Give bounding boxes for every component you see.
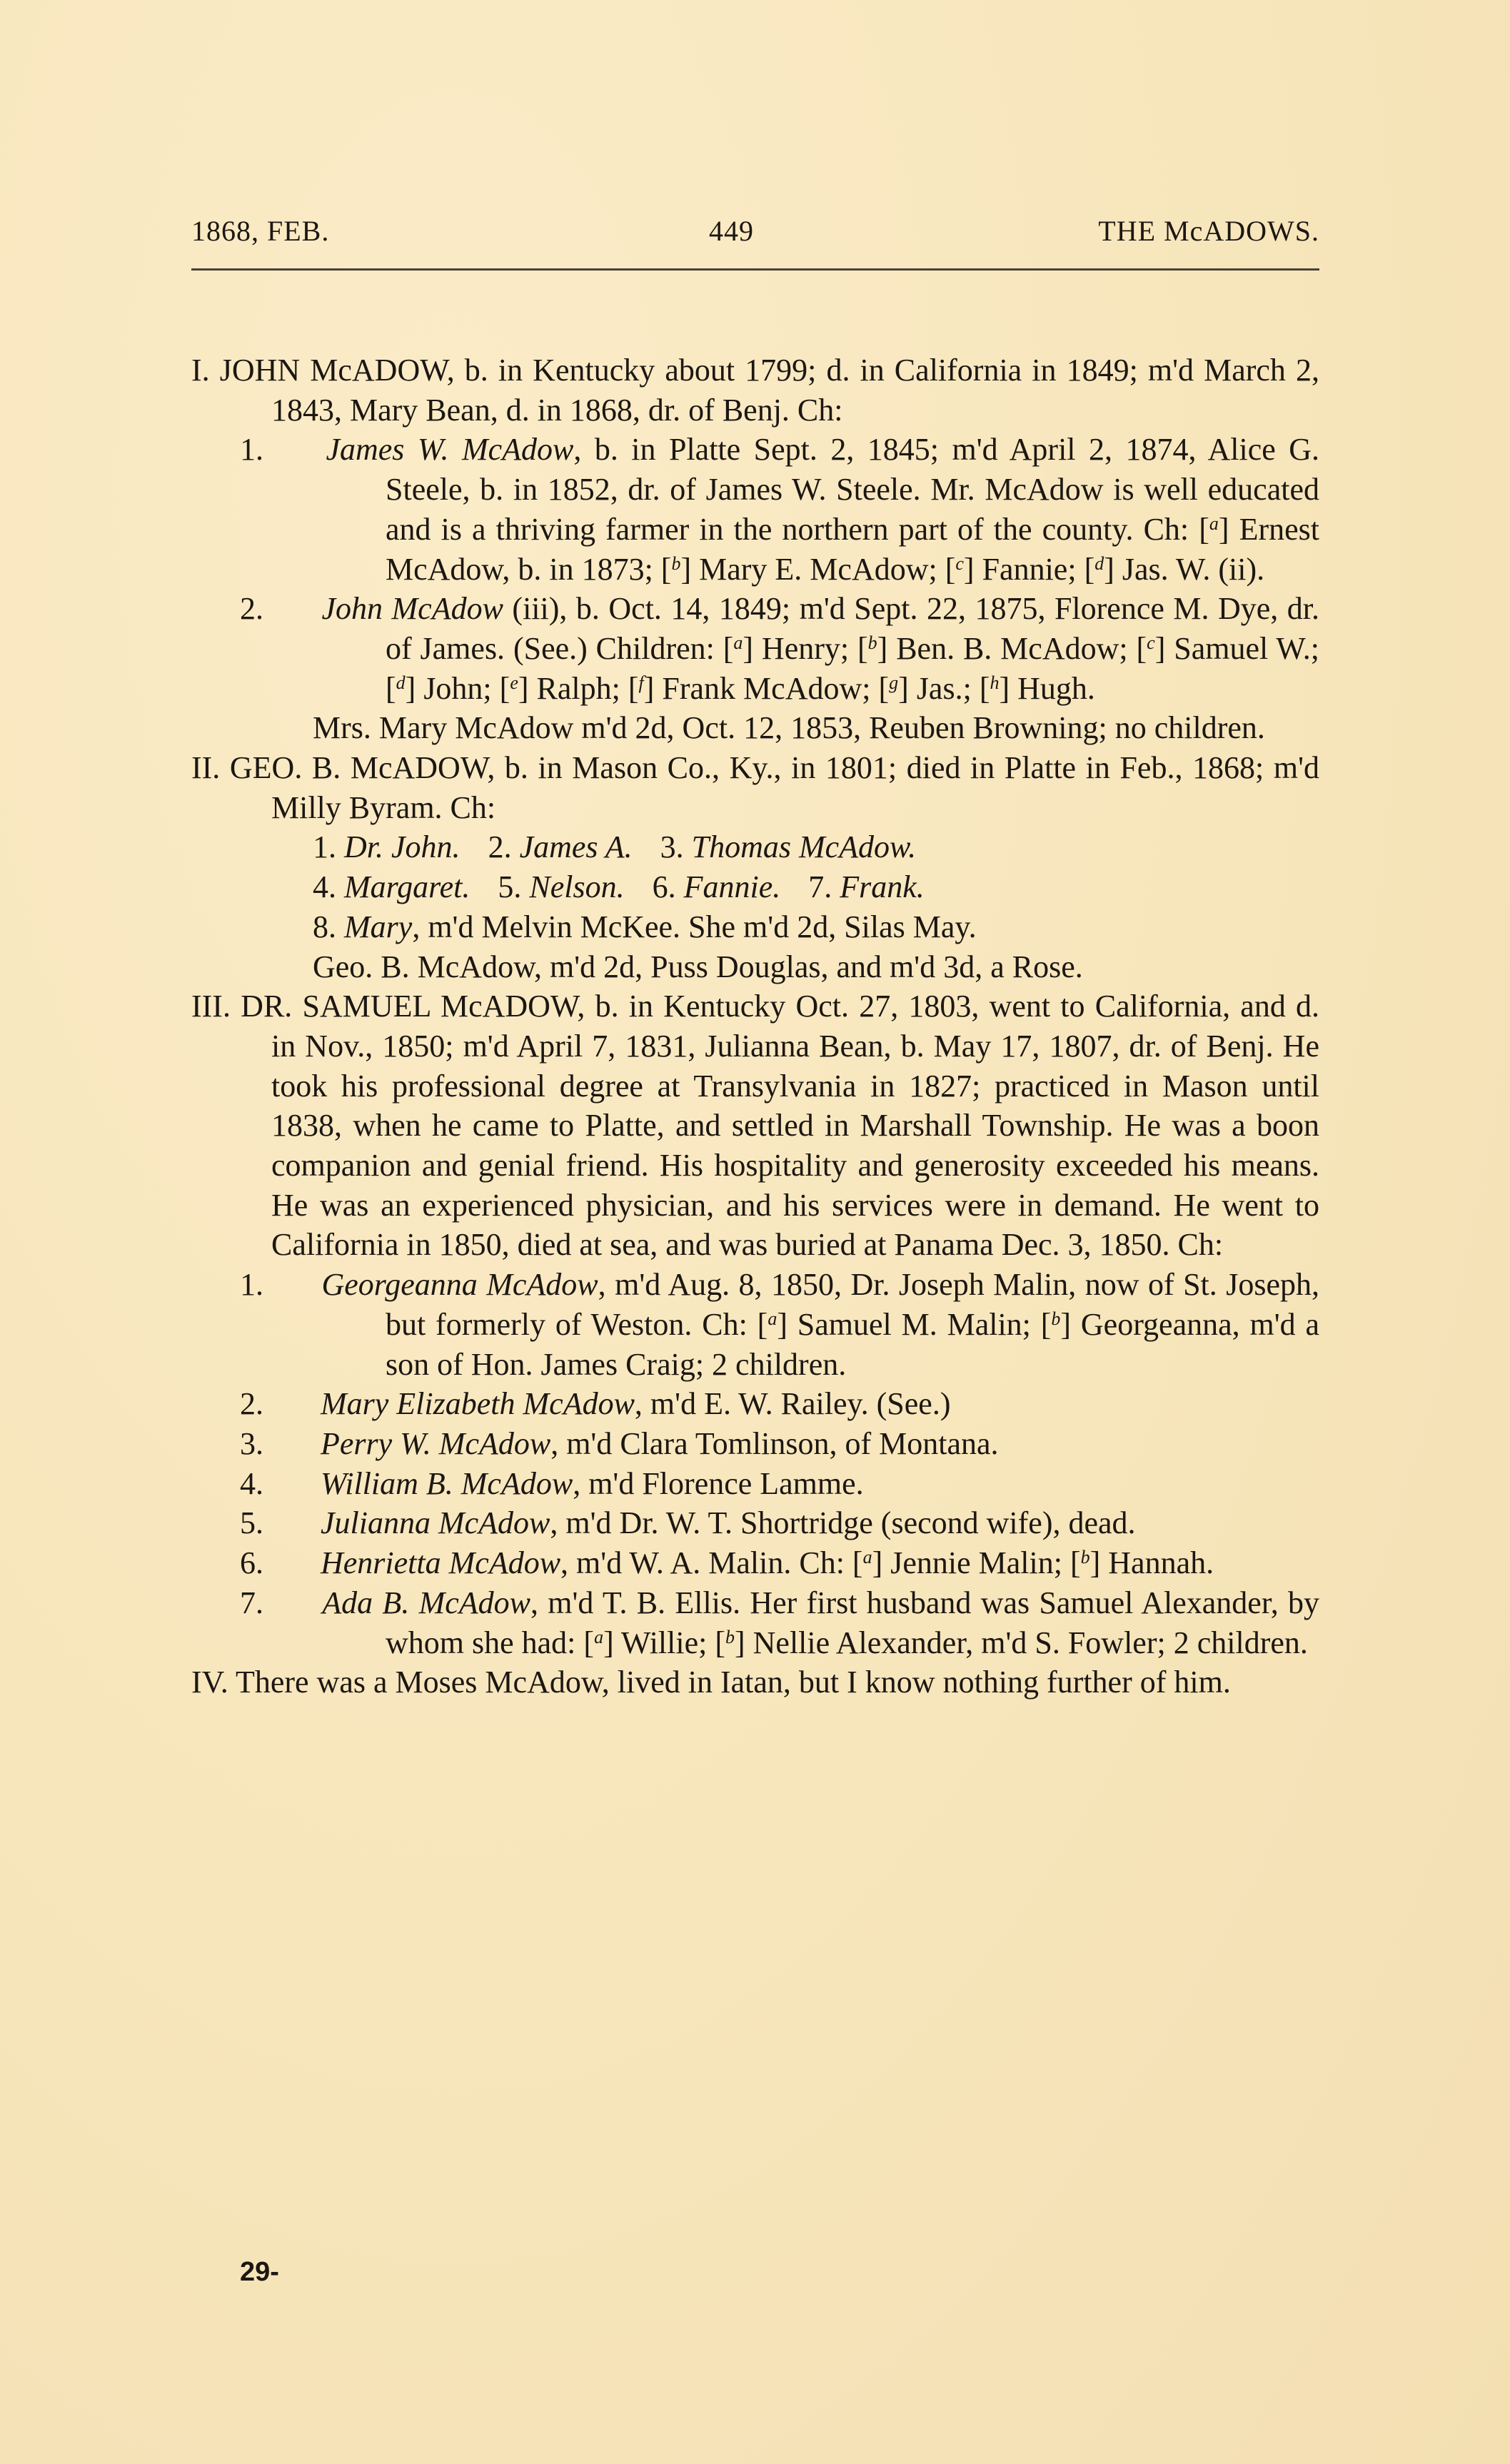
child-name: Henrietta McAdow — [321, 1545, 560, 1580]
child-name: James W. McAdow — [326, 432, 573, 467]
grandchild: Samuel M. Malin; — [787, 1307, 1041, 1342]
letter-marker: b — [1051, 1308, 1060, 1329]
grandchild: Hannah. — [1100, 1545, 1214, 1580]
child-number: 5. — [498, 869, 521, 904]
entry-note: Mrs. Mary McAdow m'd 2d, Oct. 12, 1853, … — [191, 708, 1319, 748]
entry-i: I. JOHN McADOW, b. in Kentucky about 179… — [191, 350, 1319, 430]
letter-marker: f — [639, 672, 644, 693]
child-name: John McAdow — [322, 591, 503, 626]
grandchild: Fannie; — [975, 552, 1084, 587]
grandchild: Ben. B. McAdow; — [887, 631, 1136, 666]
children-inline-list: 4. Margaret. 5. Nelson. 6. Fannie. 7. Fr… — [191, 867, 1319, 907]
child-entry: 6. Henrietta McAdow, m'd W. A. Malin. Ch… — [191, 1543, 1319, 1583]
letter-marker: d — [1094, 553, 1104, 574]
grandchild: Mary E. McAdow; — [691, 552, 945, 587]
grandchild: Henry; — [753, 631, 857, 666]
entry-text: , b. in Kentucky Oct. 27, 1803, went to … — [271, 989, 1319, 1262]
child-number: 1. — [313, 829, 336, 864]
child-name: Frank. — [840, 869, 925, 904]
grandchild: John; — [416, 671, 499, 706]
letter-marker: b — [1081, 1547, 1090, 1567]
child-name: Margaret. — [344, 869, 470, 904]
running-head-date: 1868, FEB. — [191, 214, 329, 248]
entry-iv: IV. There was a Moses McAdow, lived in I… — [191, 1662, 1319, 1702]
letter-marker: d — [396, 672, 406, 693]
letter-marker: g — [889, 672, 898, 693]
child-name: Julianna McAdow — [321, 1505, 550, 1540]
child-name: James A. — [520, 829, 633, 864]
letter-marker: b — [671, 553, 680, 574]
child-entry: 3. Perry W. McAdow, m'd Clara Tomlinson,… — [191, 1424, 1319, 1464]
header-rule — [191, 268, 1319, 271]
child-number: 3. — [660, 829, 684, 864]
letter-marker: a — [863, 1547, 872, 1567]
entry-text: There was a Moses McAdow, lived in Iatan… — [236, 1665, 1231, 1700]
letter-marker: b — [868, 632, 877, 653]
page-body: I. JOHN McADOW, b. in Kentucky about 179… — [191, 350, 1319, 1702]
child-name: Mary — [344, 909, 412, 944]
grandchild: Nellie Alexander, m'd S. Fowler; 2 child… — [745, 1625, 1308, 1660]
children-inline-list: 1. Dr. John. 2. James A. 3. Thomas McAdo… — [191, 827, 1319, 867]
child-entry: 4. William B. McAdow, m'd Florence Lamme… — [191, 1464, 1319, 1504]
entry-note: Geo. B. McAdow, m'd 2d, Puss Douglas, an… — [191, 947, 1319, 987]
letter-marker: e — [510, 672, 518, 693]
letter-marker: a — [767, 1308, 777, 1329]
child-text: , m'd W. A. Malin. Ch: — [560, 1545, 852, 1580]
grandchild: Ralph; — [529, 671, 628, 706]
letter-marker: c — [1147, 632, 1155, 653]
grandchild: Jas.; — [909, 671, 980, 706]
grandchild: Jennie Malin; — [882, 1545, 1070, 1580]
child-number: 6. — [653, 869, 676, 904]
letter-marker: a — [594, 1627, 603, 1647]
grandchild: Hugh. — [1010, 671, 1095, 706]
letter-marker: h — [990, 672, 999, 693]
child-name: Georgeanna McAdow — [321, 1267, 598, 1302]
child-name: Dr. John. — [344, 829, 460, 864]
child-entry: 7. Ada B. McAdow, m'd T. B. Ellis. Her f… — [191, 1583, 1319, 1662]
child-number: 7. — [808, 869, 832, 904]
child-number: 4. — [313, 869, 336, 904]
child-name: William B. McAdow — [321, 1466, 573, 1501]
entry-iii: III. DR. SAMUEL McADOW, b. in Kentucky O… — [191, 986, 1319, 1265]
grandchild: Jas. W. (ii). — [1114, 552, 1264, 587]
child-number: 2. — [488, 829, 512, 864]
entry-numeral: IV. — [191, 1665, 228, 1700]
child-text: , m'd Clara Tomlinson, of Montana. — [550, 1426, 998, 1461]
child-name: Mary Elizabeth McAdow — [321, 1386, 635, 1421]
child-entry: 2. John McAdow (iii), b. Oct. 14, 1849; … — [191, 589, 1319, 708]
child-entry: 8. Mary, m'd Melvin McKee. She m'd 2d, S… — [191, 907, 1319, 947]
letter-marker: c — [955, 553, 964, 574]
page-number: 449 — [709, 214, 754, 248]
entry-name: JOHN McADOW — [220, 353, 447, 388]
letter-marker: a — [1209, 513, 1219, 534]
child-text: , m'd Dr. W. T. Shortridge (second wife)… — [550, 1505, 1135, 1540]
entry-numeral: II. — [191, 750, 220, 785]
child-text: , m'd Florence Lamme. — [573, 1466, 863, 1501]
child-name: Ada B. McAdow — [322, 1585, 530, 1620]
child-name: Nelson. — [529, 869, 624, 904]
child-entry: 2. Mary Elizabeth McAdow, m'd E. W. Rail… — [191, 1384, 1319, 1424]
running-head-title: THE McADOWS. — [1098, 214, 1319, 248]
grandchild: Frank McAdow; — [654, 671, 878, 706]
child-entry: 1. James W. McAdow, b. in Platte Sept. 2… — [191, 430, 1319, 589]
entry-name: GEO. B. McADOW — [230, 750, 487, 785]
letter-marker: a — [733, 632, 743, 653]
grandchild: Willie; — [614, 1625, 715, 1660]
letter-marker: b — [725, 1627, 735, 1647]
child-name: Perry W. McAdow — [321, 1426, 550, 1461]
printer-signature-mark: 29- — [240, 2257, 279, 2288]
document-page: 1868, FEB. 449 THE McADOWS. I. JOHN McAD… — [191, 214, 1319, 1702]
entry-name: DR. SAMUEL McADOW — [241, 989, 577, 1024]
child-entry: 1. Georgeanna McAdow, m'd Aug. 8, 1850, … — [191, 1265, 1319, 1384]
grandchild: Samuel W.; — [1165, 631, 1319, 666]
running-head: 1868, FEB. 449 THE McADOWS. — [191, 214, 1319, 248]
entry-numeral: I. — [191, 353, 210, 388]
child-name: Fannie. — [684, 869, 781, 904]
child-text: , m'd E. W. Railey. (See.) — [635, 1386, 951, 1421]
entry-ii: II. GEO. B. McADOW, b. in Mason Co., Ky.… — [191, 748, 1319, 827]
child-entry: 5. Julianna McAdow, m'd Dr. W. T. Shortr… — [191, 1503, 1319, 1543]
child-name: Thomas McAdow. — [692, 829, 917, 864]
child-number: 8. — [313, 909, 336, 944]
child-text: , m'd Melvin McKee. She m'd 2d, Silas Ma… — [412, 909, 976, 944]
entry-numeral: III. — [191, 989, 231, 1024]
